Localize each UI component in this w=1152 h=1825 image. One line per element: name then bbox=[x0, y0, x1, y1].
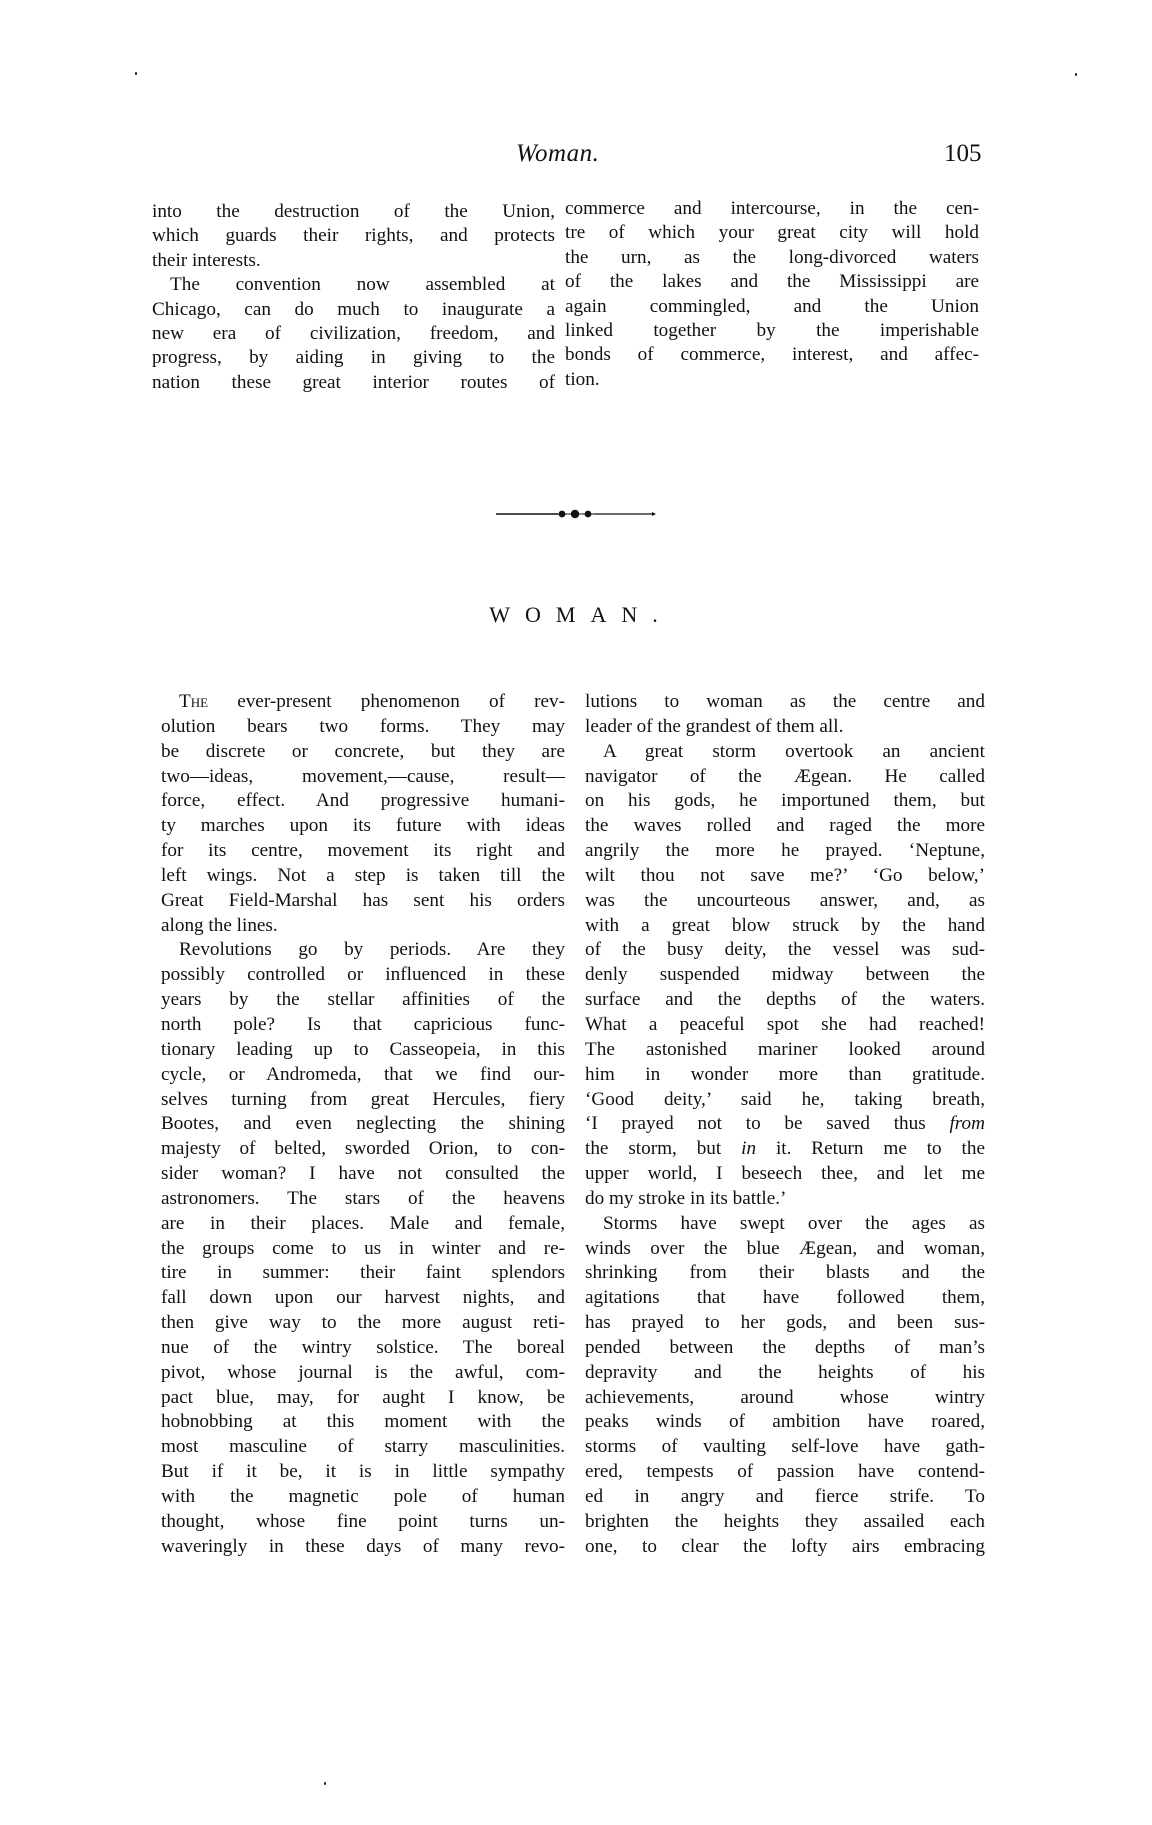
text-line: Revolutions go by periods. Are they bbox=[161, 938, 565, 963]
text-line: ty marches upon its future with ideas bbox=[161, 814, 565, 839]
text-line: tion. bbox=[565, 368, 979, 392]
text-line: winds over the blue Ægean, and woman, bbox=[585, 1237, 985, 1262]
article-left-column: The ever-present phenomenon of rev- olut… bbox=[161, 690, 565, 1560]
text-line: left wings. Not a step is taken till the bbox=[161, 864, 565, 889]
text-line: brighten the heights they assailed each bbox=[585, 1510, 985, 1535]
text-line: again commingled, and the Union bbox=[565, 295, 979, 319]
text-line: on his gods, he importuned them, but bbox=[585, 789, 985, 814]
text-line: thought, whose fine point turns un- bbox=[161, 1510, 565, 1535]
previous-article-right-column: commerce and intercourse, in the cen- tr… bbox=[565, 197, 979, 392]
text-line: one, to clear the lofty airs embracing bbox=[585, 1535, 985, 1560]
text-line: selves turning from great Hercules, fier… bbox=[161, 1088, 565, 1113]
text-line: But if it be, it is in little sympathy bbox=[161, 1460, 565, 1485]
text-line: along the lines. bbox=[161, 914, 565, 939]
text-line: are in their places. Male and female, bbox=[161, 1212, 565, 1237]
text-line: the storm, but in it. Return me to the bbox=[585, 1137, 985, 1162]
text-line: north pole? Is that capricious func- bbox=[161, 1013, 565, 1038]
text-line: denly suspended midway between the bbox=[585, 963, 985, 988]
section-divider-ornament-icon bbox=[496, 505, 656, 523]
text-line: be discrete or concrete, but they are bbox=[161, 740, 565, 765]
text-line: linked together by the imperishable bbox=[565, 319, 979, 343]
text-line: angrily the more he prayed. ‘Neptune, bbox=[585, 839, 985, 864]
text-line: for its centre, movement its right and bbox=[161, 839, 565, 864]
text-line: years by the stellar affinities of the bbox=[161, 988, 565, 1013]
text-line: What a peaceful spot she had reached! bbox=[585, 1013, 985, 1038]
text-line: the waves rolled and raged the more bbox=[585, 814, 985, 839]
text-line: depravity and the heights of his bbox=[585, 1361, 985, 1386]
text-line: ‘I prayed not to be saved thus from bbox=[585, 1112, 985, 1137]
text-line: achievements, around whose wintry bbox=[585, 1386, 985, 1411]
text-line: astronomers. The stars of the heavens bbox=[161, 1187, 565, 1212]
article-title: WOMAN. bbox=[0, 602, 1152, 628]
text-line: pact blue, may, for aught I know, be bbox=[161, 1386, 565, 1411]
text-line: tre of which your great city will hold bbox=[565, 221, 979, 245]
previous-article-left-column: into the destruction of the Union, which… bbox=[152, 200, 555, 395]
text-line: him in wonder more than gratitude. bbox=[585, 1063, 985, 1088]
text-line: of the busy deity, the vessel was sud- bbox=[585, 938, 985, 963]
text-line: pivot, whose journal is the awful, com- bbox=[161, 1361, 565, 1386]
text-line: surface and the depths of the waters. bbox=[585, 988, 985, 1013]
text-line: Bootes, and even neglecting the shining bbox=[161, 1112, 565, 1137]
text-line: lutions to woman as the centre and bbox=[585, 690, 985, 715]
print-speck bbox=[324, 1782, 326, 1785]
text-line: the groups come to us in winter and re- bbox=[161, 1237, 565, 1262]
text-line: which guards their rights, and protects bbox=[152, 224, 555, 248]
page-number: 105 bbox=[944, 140, 982, 168]
drop-word: The bbox=[179, 691, 208, 712]
text-line: two—ideas, movement,—cause, result— bbox=[161, 765, 565, 790]
print-speck bbox=[135, 72, 137, 75]
text-line: of the lakes and the Mississippi are bbox=[565, 270, 979, 294]
text-line: progress, by aiding in giving to the bbox=[152, 346, 555, 370]
text-line: wilt thou not save me?’ ‘Go below,’ bbox=[585, 864, 985, 889]
text-line: navigator of the Ægean. He called bbox=[585, 765, 985, 790]
text-line: sider woman? I have not consulted the bbox=[161, 1162, 565, 1187]
text-line: then give way to the more august reti- bbox=[161, 1311, 565, 1336]
text-line: do my stroke in its battle.’ bbox=[585, 1187, 985, 1212]
text-line: commerce and intercourse, in the cen- bbox=[565, 197, 979, 221]
running-head: Woman. 105 bbox=[0, 140, 1152, 180]
text-line: fall down upon our harvest nights, and bbox=[161, 1286, 565, 1311]
text-line: possibly controlled or influenced in the… bbox=[161, 963, 565, 988]
text-line: majesty of belted, sworded Orion, to con… bbox=[161, 1137, 565, 1162]
text-line: their interests. bbox=[152, 249, 555, 273]
text-line: into the destruction of the Union, bbox=[152, 200, 555, 224]
text-line: The ever-present phenomenon of rev- bbox=[161, 690, 565, 715]
print-speck bbox=[1075, 73, 1077, 76]
text-line: storms of vaulting self-love have gath- bbox=[585, 1435, 985, 1460]
text-line: hobnobbing at this moment with the bbox=[161, 1410, 565, 1435]
text-line: The astonished mariner looked around bbox=[585, 1038, 985, 1063]
text-line: pended between the depths of man’s bbox=[585, 1336, 985, 1361]
text-line: ed in angry and fierce strife. To bbox=[585, 1485, 985, 1510]
text-line: bonds of commerce, interest, and affec- bbox=[565, 343, 979, 367]
text-line: leader of the grandest of them all. bbox=[585, 715, 985, 740]
text-line: Storms have swept over the ages as bbox=[585, 1212, 985, 1237]
text-line: nue of the wintry solstice. The boreal bbox=[161, 1336, 565, 1361]
text-line: nation these great interior routes of bbox=[152, 371, 555, 395]
text-line: ered, tempests of passion have contend- bbox=[585, 1460, 985, 1485]
text-line: with the magnetic pole of human bbox=[161, 1485, 565, 1510]
text-line: shrinking from their blasts and the bbox=[585, 1261, 985, 1286]
text-line: The convention now assembled at bbox=[152, 273, 555, 297]
article-right-column: lutions to woman as the centre and leade… bbox=[585, 690, 985, 1560]
text-line: new era of civilization, freedom, and bbox=[152, 322, 555, 346]
text-line: A great storm overtook an ancient bbox=[585, 740, 985, 765]
text-line: upper world, I beseech thee, and let me bbox=[585, 1162, 985, 1187]
text-line: the urn, as the long-divorced waters bbox=[565, 246, 979, 270]
text-line: has prayed to her gods, and been sus- bbox=[585, 1311, 985, 1336]
text-line: waveringly in these days of many revo- bbox=[161, 1535, 565, 1560]
text-line: tire in summer: their faint splendors bbox=[161, 1261, 565, 1286]
text-line: was the uncourteous answer, and, as bbox=[585, 889, 985, 914]
text-line: Chicago, can do much to inaugurate a bbox=[152, 298, 555, 322]
text-line: most masculine of starry masculinities. bbox=[161, 1435, 565, 1460]
text-line: olution bears two forms. They may bbox=[161, 715, 565, 740]
text-line: peaks winds of ambition have roared, bbox=[585, 1410, 985, 1435]
text-line: agitations that have followed them, bbox=[585, 1286, 985, 1311]
text-line: cycle, or Andromeda, that we find our- bbox=[161, 1063, 565, 1088]
text-line: with a great blow struck by the hand bbox=[585, 914, 985, 939]
book-page: Woman. 105 into the destruction of the U… bbox=[0, 0, 1152, 1825]
running-head-title: Woman. bbox=[516, 140, 599, 168]
text-line: tionary leading up to Casseopeia, in thi… bbox=[161, 1038, 565, 1063]
text-line: force, effect. And progressive humani- bbox=[161, 789, 565, 814]
text-line: ‘Good deity,’ said he, taking breath, bbox=[585, 1088, 985, 1113]
text-line: Great Field-Marshal has sent his orders bbox=[161, 889, 565, 914]
